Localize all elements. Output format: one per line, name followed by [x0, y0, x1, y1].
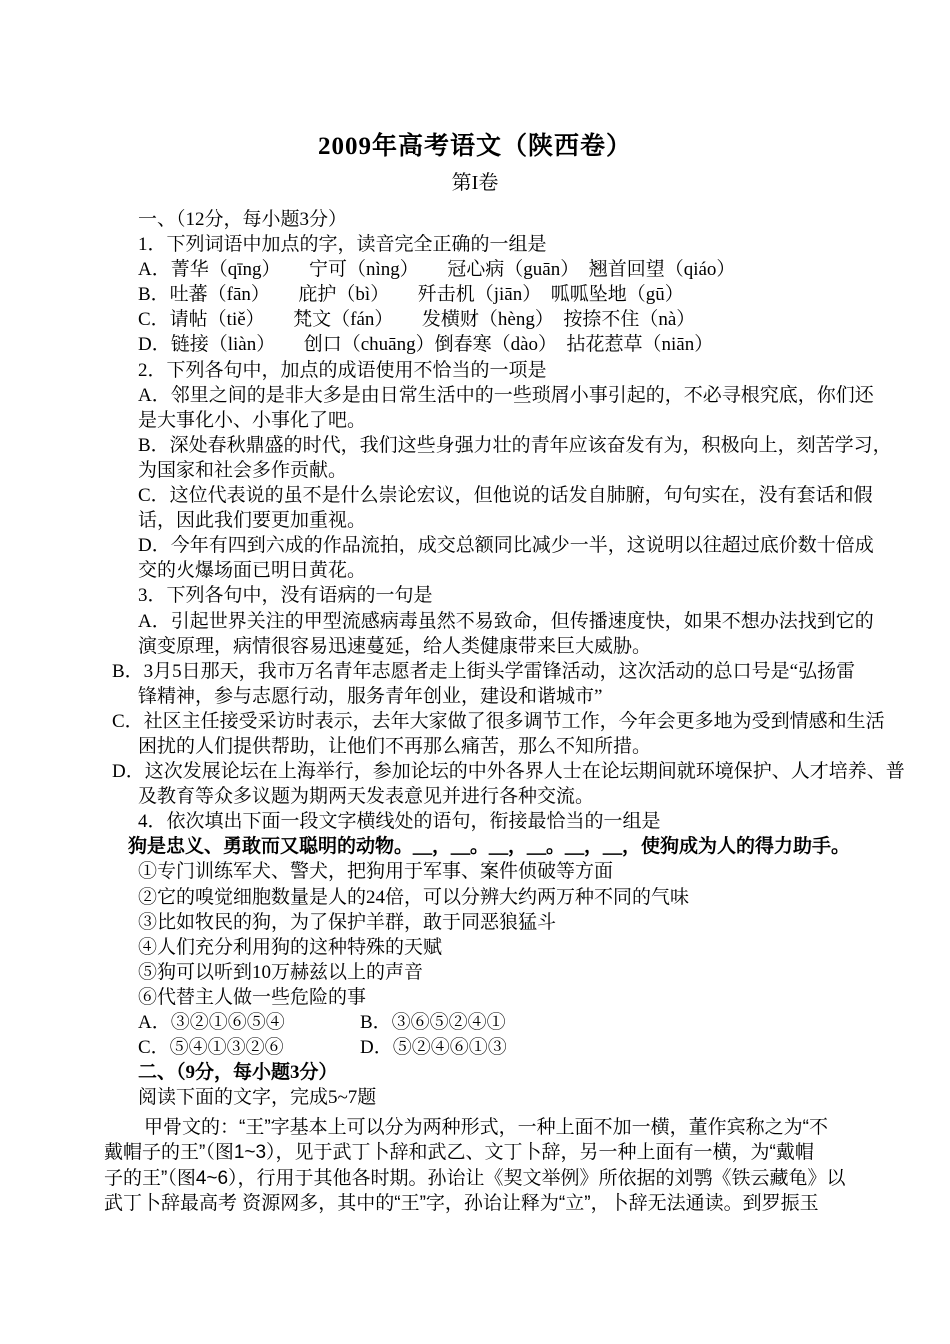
question-3-option-a: A．引起世界关注的甲型流感病毒虽然不易致命，但传播速度快，如果不想办法找到它的 [104, 609, 930, 634]
question-1-option-b: B．吐蕃（fān） 庇护（bì） 歼击机（jiān） 呱呱坠地（gū） [104, 282, 930, 307]
question-4-option-a: A．③②①⑥⑤④ [138, 1010, 360, 1035]
section-two-heading: 二、（9分，每小题3分） [104, 1060, 930, 1085]
question-2-option-a: A．邻里之间的是非大多是由日常生活中的一些琐屑小事引起的，不必寻根究底，你们还 [104, 383, 930, 408]
exam-body: 一、（12分，每小题3分） 1．下列词语中加点的字，读音完全正确的一组是 A．菁… [0, 207, 950, 1216]
question-4-stem: 4．依次填出下面一段文字横线处的语句，衔接最恰当的一组是 [104, 809, 930, 834]
question-1-option-d: D．链接（liàn） 创口（chuāng）倒春寒（dào） 拈花惹草（niān） [104, 332, 930, 357]
text-line: 交的火爆场面已明日黄花。 [104, 558, 930, 583]
passage-line: 子的王”（图4~6），行用于其他各时期。孙诒让《契文举例》所依据的刘鹗《铁云藏龟… [104, 1166, 930, 1191]
question-4-option-b: B．③⑥⑤②④① [360, 1012, 506, 1033]
passage-line: 武丁卜辞最高考 资源网多，其中的“王”字，孙诒让释为“立”，卜辞无法通读。到罗振… [104, 1191, 930, 1216]
exam-page: 2009年高考语文（陕西卷） 第I卷 一、（12分，每小题3分） 1．下列词语中… [0, 0, 950, 1344]
part-heading: 第I卷 [0, 171, 950, 195]
question-2-option-d: D．今年有四到六成的作品流拍，成交总额同比减少一半，这说明以往超过底价数十倍成 [104, 533, 930, 558]
passage-line: 甲骨文的：“王”字基本上可以分为两种形式，一种上面不加一横，董作宾称之为“不 [104, 1115, 930, 1140]
passage-line: 戴帽子的王”（图1~3），见于武丁卜辞和武乙、文丁卜辞，另一种上面有一横，为“戴… [104, 1140, 930, 1165]
question-4-item-2: ②它的嗅觉细胞数量是人的24倍，可以分辨大约两万种不同的气味 [104, 885, 930, 910]
question-1-option-c: C．请帖（tiě） 梵文（fán） 发横财（hèng） 按捺不住（nà） [104, 307, 930, 332]
question-4-item-3: ③比如牧民的狗，为了保护羊群，敢于同恶狼猛斗 [104, 910, 930, 935]
question-1-option-a: A．菁华（qīng） 宁可（nìng） 冠心病（guān） 翘首回望（qiáo） [104, 257, 930, 282]
question-3-option-c: C．社区主任接受采访时表示，去年大家做了很多调节工作，今年会更多地为受到情感和生… [104, 709, 930, 734]
question-1-stem: 1．下列词语中加点的字，读音完全正确的一组是 [104, 232, 930, 257]
page-title: 2009年高考语文（陕西卷） [0, 0, 950, 161]
question-2-option-b: B．深处春秋鼎盛的时代，我们这些身强力壮的青年应该奋发有为，积极向上，刻苦学习， [104, 433, 930, 458]
question-3-option-d: D．这次发展论坛在上海举行，参加论坛的中外各界人士在论坛期间就环境保护、人才培养… [104, 759, 930, 784]
question-4-option-d: D．⑤②④⑥①③ [360, 1037, 507, 1058]
question-3-option-b: B．3月5日那天，我市万名青年志愿者走上街头学雷锋活动，这次活动的总口号是“弘扬… [104, 659, 930, 684]
reading-instruction: 阅读下面的文字，完成5~7题 [104, 1085, 930, 1110]
text-line: 话，因此我们要更加重视。 [104, 508, 930, 533]
question-2-stem: 2．下列各句中，加点的成语使用不恰当的一项是 [104, 358, 930, 383]
text-line: 演变原理，病情很容易迅速蔓延，给人类健康带来巨大威胁。 [104, 634, 930, 659]
section-one-heading: 一、（12分，每小题3分） [104, 207, 930, 232]
text-line: 锋精神，参与志愿行动，服务青年创业，建设和谐城市” [104, 684, 930, 709]
question-4-option-c: C．⑤④①③②⑥ [138, 1035, 360, 1060]
text-line: 是大事化小、小事化了吧。 [104, 408, 930, 433]
question-4-options-row: A．③②①⑥⑤④B．③⑥⑤②④① [104, 1010, 930, 1035]
text-line: 为国家和社会多作贡献。 [104, 458, 930, 483]
question-4-options-row: C．⑤④①③②⑥D．⑤②④⑥①③ [104, 1035, 930, 1060]
text-line: 困扰的人们提供帮助，让他们不再那么痛苦，那么不知所措。 [104, 734, 930, 759]
question-4-item-5: ⑤狗可以听到10万赫兹以上的声音 [104, 960, 930, 985]
question-4-item-6: ⑥代替主人做一些危险的事 [104, 985, 930, 1010]
text-line: 及教育等众多议题为期两天发表意见并进行各种交流。 [104, 784, 930, 809]
question-4-item-4: ④人们充分利用狗的这种特殊的天赋 [104, 935, 930, 960]
question-2-option-c: C．这位代表说的虽不是什么崇论宏议，但他说的话发自肺腑，句句实在，没有套话和假 [104, 483, 930, 508]
question-3-stem: 3．下列各句中，没有语病的一句是 [104, 583, 930, 608]
question-4-item-1: ①专门训练军犬、警犬，把狗用于军事、案件侦破等方面 [104, 859, 930, 884]
question-4-passage: 狗是忠义、勇敢而又聪明的动物。＿，＿。＿，＿。＿，＿，使狗成为人的得力助手。 [104, 834, 930, 859]
